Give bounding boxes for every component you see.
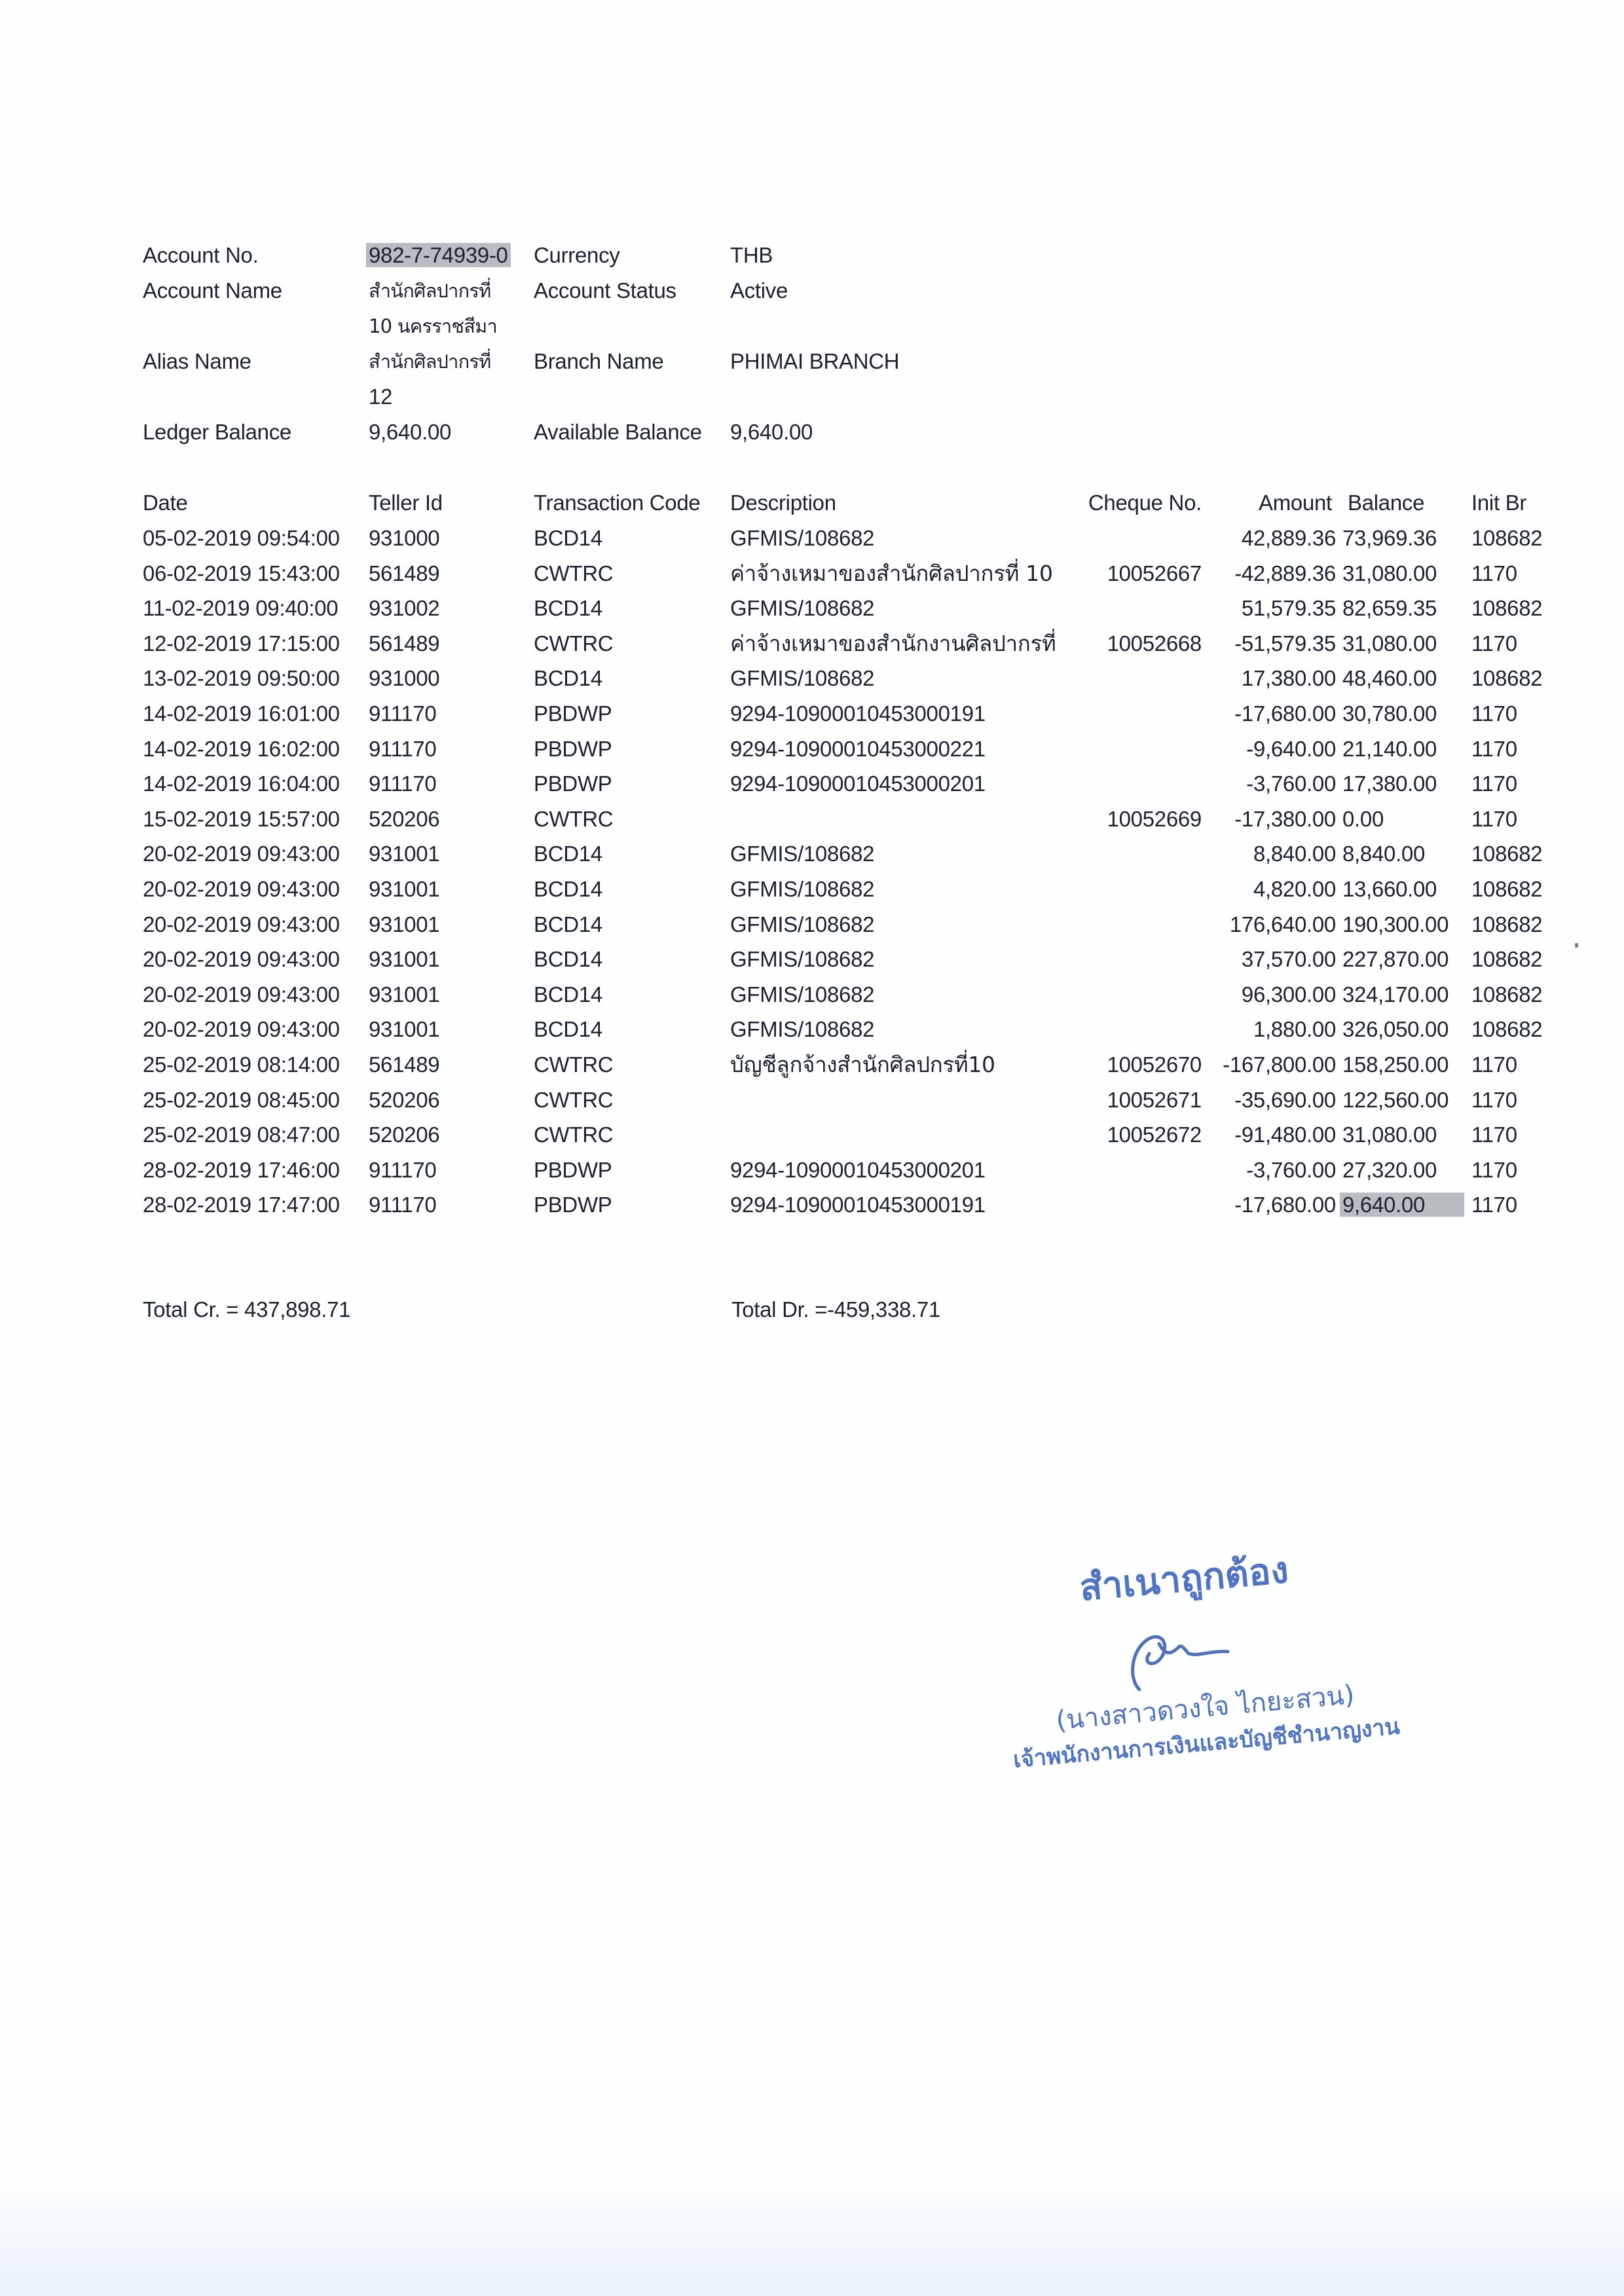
label-ledger-balance: Ledger Balance <box>143 419 291 445</box>
cell-init-br: 108682 <box>1471 841 1542 867</box>
label-account-status: Account Status <box>534 278 676 304</box>
account-status-value: Active <box>730 278 788 304</box>
header-init-br: Init Br <box>1471 490 1526 516</box>
cell-init-br: 108682 <box>1471 876 1542 902</box>
cell-teller-id: 911170 <box>369 1157 436 1183</box>
alias-name-line1: สำนักศิลปากรที่ <box>369 348 491 375</box>
alias-name-line2: 12 <box>369 384 392 410</box>
cell-transaction-code: CWTRC <box>534 1087 613 1113</box>
cell-teller-id: 931001 <box>369 1016 439 1043</box>
cell-teller-id: 931001 <box>369 841 439 867</box>
scan-speck <box>1575 943 1578 948</box>
cell-description: GFMIS/108682 <box>730 525 874 551</box>
cell-description: GFMIS/108682 <box>730 1016 874 1043</box>
cell-cheque-no: 10052667 <box>1048 561 1202 587</box>
cell-date: 05-02-2019 09:54:00 <box>143 525 340 551</box>
cell-teller-id: 520206 <box>369 1087 439 1113</box>
cell-init-br: 1170 <box>1471 1087 1517 1113</box>
cell-init-br: 108682 <box>1471 525 1542 551</box>
cell-teller-id: 931001 <box>369 946 439 972</box>
cell-transaction-code: PBDWP <box>534 1192 612 1218</box>
cell-description: GFMIS/108682 <box>730 912 874 938</box>
cell-cheque-no: 10052670 <box>1048 1052 1202 1078</box>
cell-amount: -3,760.00 <box>1205 1157 1336 1183</box>
cell-amount: -3,760.00 <box>1205 771 1336 797</box>
cell-date: 14-02-2019 16:04:00 <box>143 771 340 797</box>
cell-transaction-code: BCD14 <box>534 841 602 867</box>
cell-description: GFMIS/108682 <box>730 876 874 902</box>
cell-balance: 227,870.00 <box>1342 946 1449 972</box>
total-debit: Total Dr. =-459,338.71 <box>731 1297 940 1323</box>
cell-teller-id: 931001 <box>369 912 439 938</box>
cell-balance: 9,640.00 <box>1342 1192 1464 1218</box>
cell-date: 11-02-2019 09:40:00 <box>143 595 338 621</box>
header-balance: Balance <box>1348 490 1424 516</box>
cell-init-br: 108682 <box>1471 665 1542 692</box>
cell-date: 14-02-2019 16:01:00 <box>143 701 340 727</box>
cell-balance: 8,840.00 <box>1342 841 1425 867</box>
header-date: Date <box>143 490 188 516</box>
cell-teller-id: 911170 <box>369 1192 436 1218</box>
ledger-balance-value: 9,640.00 <box>369 419 451 445</box>
cell-init-br: 1170 <box>1471 736 1517 762</box>
cell-transaction-code: BCD14 <box>534 1016 602 1043</box>
cell-balance: 158,250.00 <box>1342 1052 1449 1078</box>
certified-copy-stamp: สำเนาถูกต้อง <box>1077 1540 1291 1617</box>
cell-init-br: 108682 <box>1471 912 1542 938</box>
cell-date: 15-02-2019 15:57:00 <box>143 806 340 832</box>
cell-amount: 17,380.00 <box>1205 665 1336 692</box>
cell-init-br: 1170 <box>1471 631 1517 657</box>
cell-transaction-code: BCD14 <box>534 665 602 692</box>
cell-transaction-code: PBDWP <box>534 771 612 797</box>
cell-transaction-code: BCD14 <box>534 525 602 551</box>
cell-transaction-code: PBDWP <box>534 701 612 727</box>
cell-amount: 96,300.00 <box>1205 982 1336 1008</box>
cell-init-br: 1170 <box>1471 771 1517 797</box>
cell-date: 25-02-2019 08:14:00 <box>143 1052 340 1078</box>
cell-init-br: 1170 <box>1471 1122 1517 1148</box>
cell-amount: -91,480.00 <box>1205 1122 1336 1148</box>
cell-transaction-code: CWTRC <box>534 806 613 832</box>
cell-transaction-code: PBDWP <box>534 1157 612 1183</box>
cell-balance: 0.00 <box>1342 806 1384 832</box>
cell-init-br: 1170 <box>1471 1192 1517 1218</box>
label-alias-name: Alias Name <box>143 348 251 375</box>
label-available-balance: Available Balance <box>534 419 702 445</box>
cell-description: ค่าจ้างเหมาของสำนักงานศิลปากรที่ <box>730 631 1056 657</box>
header-description: Description <box>730 490 836 516</box>
cell-amount: -35,690.00 <box>1205 1087 1336 1113</box>
cell-teller-id: 911170 <box>369 771 436 797</box>
cell-balance: 30,780.00 <box>1342 701 1437 727</box>
cell-transaction-code: CWTRC <box>534 561 613 587</box>
cell-init-br: 1170 <box>1471 1052 1517 1078</box>
cell-balance: 13,660.00 <box>1342 876 1437 902</box>
cell-date: 25-02-2019 08:47:00 <box>143 1122 340 1148</box>
cell-balance: 27,320.00 <box>1342 1157 1437 1183</box>
cell-balance: 31,080.00 <box>1342 561 1437 587</box>
cell-amount: 42,889.36 <box>1205 525 1336 551</box>
cell-transaction-code: BCD14 <box>534 946 602 972</box>
cell-amount: 8,840.00 <box>1205 841 1336 867</box>
cell-date: 25-02-2019 08:45:00 <box>143 1087 340 1113</box>
cell-transaction-code: BCD14 <box>534 912 602 938</box>
cell-amount: -51,579.35 <box>1205 631 1336 657</box>
cell-amount: 37,570.00 <box>1205 946 1336 972</box>
cell-transaction-code: BCD14 <box>534 982 602 1008</box>
branch-name-value: PHIMAI BRANCH <box>730 348 899 375</box>
cell-balance: 17,380.00 <box>1342 771 1437 797</box>
cell-amount: -42,889.36 <box>1205 561 1336 587</box>
available-balance-value: 9,640.00 <box>730 419 813 445</box>
cell-transaction-code: CWTRC <box>534 631 613 657</box>
cell-description: GFMIS/108682 <box>730 982 874 1008</box>
cell-description: GFMIS/108682 <box>730 595 874 621</box>
cell-date: 12-02-2019 17:15:00 <box>143 631 340 657</box>
cell-init-br: 1170 <box>1471 561 1517 587</box>
cell-balance: 326,050.00 <box>1342 1016 1449 1043</box>
cell-date: 20-02-2019 09:43:00 <box>143 946 340 972</box>
cell-cheque-no: 10052672 <box>1048 1122 1202 1148</box>
cell-date: 20-02-2019 09:43:00 <box>143 876 340 902</box>
cell-init-br: 1170 <box>1471 806 1517 832</box>
cell-teller-id: 931001 <box>369 982 439 1008</box>
cell-description: 9294-10900010453000191 <box>730 1192 986 1218</box>
cell-teller-id: 520206 <box>369 806 439 832</box>
cell-transaction-code: BCD14 <box>534 595 602 621</box>
cell-transaction-code: CWTRC <box>534 1052 613 1078</box>
cell-description: GFMIS/108682 <box>730 841 874 867</box>
cell-amount: -167,800.00 <box>1205 1052 1336 1078</box>
account-name-line2: 10 นครราชสีมา <box>369 313 497 339</box>
header-transaction-code: Transaction Code <box>534 490 700 516</box>
cell-teller-id: 931000 <box>369 525 439 551</box>
cell-teller-id: 931000 <box>369 665 439 692</box>
cell-balance: 31,080.00 <box>1342 1122 1437 1148</box>
cell-transaction-code: PBDWP <box>534 736 612 762</box>
cell-amount: -17,680.00 <box>1205 701 1336 727</box>
cell-description: ค่าจ้างเหมาของสำนักศิลปากรที่ 10 <box>730 561 1053 587</box>
cell-amount: -17,680.00 <box>1205 1192 1336 1218</box>
label-account-name: Account Name <box>143 278 282 304</box>
cell-balance: 190,300.00 <box>1342 912 1449 938</box>
cell-description: 9294-10900010453000201 <box>730 771 986 797</box>
cell-amount: 51,579.35 <box>1205 595 1336 621</box>
cell-date: 13-02-2019 09:50:00 <box>143 665 340 692</box>
cell-date: 28-02-2019 17:46:00 <box>143 1157 340 1183</box>
label-account-no: Account No. <box>143 242 258 268</box>
cell-transaction-code: CWTRC <box>534 1122 613 1148</box>
cell-balance: 21,140.00 <box>1342 736 1437 762</box>
cell-teller-id: 931002 <box>369 595 439 621</box>
cell-transaction-code: BCD14 <box>534 876 602 902</box>
header-cheque-no: Cheque No. <box>1048 490 1202 516</box>
cell-init-br: 108682 <box>1471 1016 1542 1043</box>
cell-date: 20-02-2019 09:43:00 <box>143 912 340 938</box>
label-branch-name: Branch Name <box>534 348 663 375</box>
cell-amount: 176,640.00 <box>1205 912 1336 938</box>
cell-init-br: 108682 <box>1471 946 1542 972</box>
currency-value: THB <box>730 242 773 268</box>
cell-init-br: 108682 <box>1471 982 1542 1008</box>
cell-teller-id: 911170 <box>369 701 436 727</box>
cell-description: GFMIS/108682 <box>730 946 874 972</box>
cell-teller-id: 561489 <box>369 561 439 587</box>
balance-highlight: 9,640.00 <box>1340 1193 1464 1217</box>
label-currency: Currency <box>534 242 619 268</box>
total-credit: Total Cr. = 437,898.71 <box>143 1297 350 1323</box>
cell-teller-id: 931001 <box>369 876 439 902</box>
cell-date: 20-02-2019 09:43:00 <box>143 841 340 867</box>
cell-cheque-no: 10052671 <box>1048 1087 1202 1113</box>
cell-description: 9294-10900010453000221 <box>730 736 986 762</box>
cell-amount: 4,820.00 <box>1205 876 1336 902</box>
cell-description: บัญชีลูกจ้างสำนักศิลปกรที่10 <box>730 1052 995 1078</box>
header-teller-id: Teller Id <box>369 490 443 516</box>
cell-balance: 122,560.00 <box>1342 1087 1449 1113</box>
cell-cheque-no: 10052669 <box>1048 806 1202 832</box>
cell-init-br: 1170 <box>1471 701 1517 727</box>
cell-balance: 82,659.35 <box>1342 595 1437 621</box>
cell-description: 9294-10900010453000191 <box>730 701 986 727</box>
cell-balance: 73,969.36 <box>1342 525 1437 551</box>
account-no-value: 982-7-74939-0 <box>369 242 511 268</box>
cell-date: 06-02-2019 15:43:00 <box>143 561 340 587</box>
cell-init-br: 1170 <box>1471 1157 1517 1183</box>
cell-date: 14-02-2019 16:02:00 <box>143 736 340 762</box>
cell-balance: 48,460.00 <box>1342 665 1437 692</box>
cell-teller-id: 561489 <box>369 631 439 657</box>
cell-date: 20-02-2019 09:43:00 <box>143 982 340 1008</box>
cell-teller-id: 561489 <box>369 1052 439 1078</box>
scan-shading <box>0 2178 1624 2296</box>
cell-teller-id: 520206 <box>369 1122 439 1148</box>
cell-cheque-no: 10052668 <box>1048 631 1202 657</box>
cell-balance: 31,080.00 <box>1342 631 1437 657</box>
cell-balance: 324,170.00 <box>1342 982 1449 1008</box>
cell-amount: -17,380.00 <box>1205 806 1336 832</box>
cell-init-br: 108682 <box>1471 595 1542 621</box>
header-amount: Amount <box>1259 490 1332 516</box>
cell-teller-id: 911170 <box>369 736 436 762</box>
cell-date: 28-02-2019 17:47:00 <box>143 1192 340 1218</box>
cell-date: 20-02-2019 09:43:00 <box>143 1016 340 1043</box>
cell-amount: 1,880.00 <box>1205 1016 1336 1043</box>
account-name-line1: สำนักศิลปากรที่ <box>369 278 491 304</box>
account-no-highlight: 982-7-74939-0 <box>366 243 511 267</box>
cell-description: GFMIS/108682 <box>730 665 874 692</box>
cell-amount: -9,640.00 <box>1205 736 1336 762</box>
cell-description: 9294-10900010453000201 <box>730 1157 986 1183</box>
